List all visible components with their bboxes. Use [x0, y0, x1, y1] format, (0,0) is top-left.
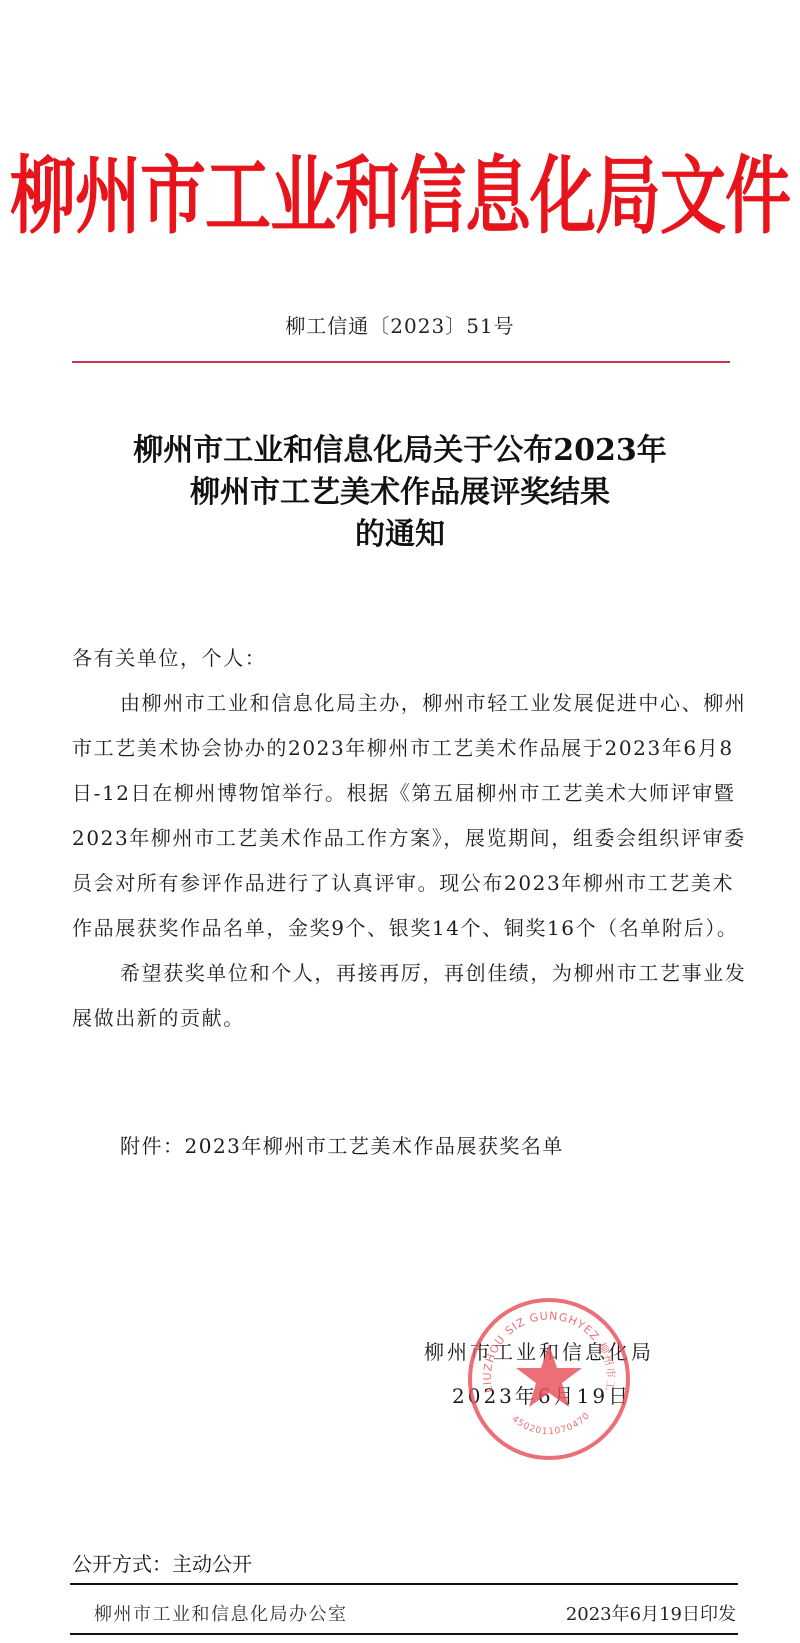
issue-date: 2023年6月19日印发 — [566, 1600, 736, 1626]
title-line-2: 柳州市工艺美术作品展评奖结果 — [0, 472, 800, 514]
official-seal-icon: LIUZHOU SIZ GUNGHYEZ 柳州市工业和信息化局 45020110… — [466, 1296, 632, 1462]
footer-top-rule — [70, 1583, 738, 1585]
title-line-1: 柳州市工业和信息化局关于公布2023年 — [0, 430, 800, 472]
issuing-office: 柳州市工业和信息化局办公室 — [94, 1600, 348, 1626]
svg-text:4502011070470: 4502011070470 — [509, 1411, 592, 1437]
disclosure-mode: 公开方式：主动公开 — [72, 1548, 252, 1577]
document-number: 柳工信通〔2023〕51号 — [0, 310, 800, 339]
title-line-3: 的通知 — [0, 514, 800, 556]
salutation: 各有关单位，个人： — [72, 636, 752, 681]
body-paragraph-1: 由柳州市工业和信息化局主办，柳州市轻工业发展促进中心、柳州市工艺美术协会协办的2… — [72, 681, 752, 951]
masthead-title: 柳州市工业和信息化局文件 — [0, 128, 800, 250]
red-divider — [72, 361, 730, 363]
body-paragraph-2: 希望获奖单位和个人，再接再厉，再创佳绩，为柳州市工艺事业发展做出新的贡献。 — [72, 951, 752, 1041]
notice-body: 各有关单位，个人： 由柳州市工业和信息化局主办，柳州市轻工业发展促进中心、柳州市… — [72, 636, 752, 1041]
attachment-link[interactable]: 附件：2023年柳州市工艺美术作品展获奖名单 — [120, 1130, 564, 1159]
notice-title: 柳州市工业和信息化局关于公布2023年 柳州市工艺美术作品展评奖结果 的通知 — [0, 430, 800, 556]
footer-bottom-rule — [70, 1633, 738, 1635]
